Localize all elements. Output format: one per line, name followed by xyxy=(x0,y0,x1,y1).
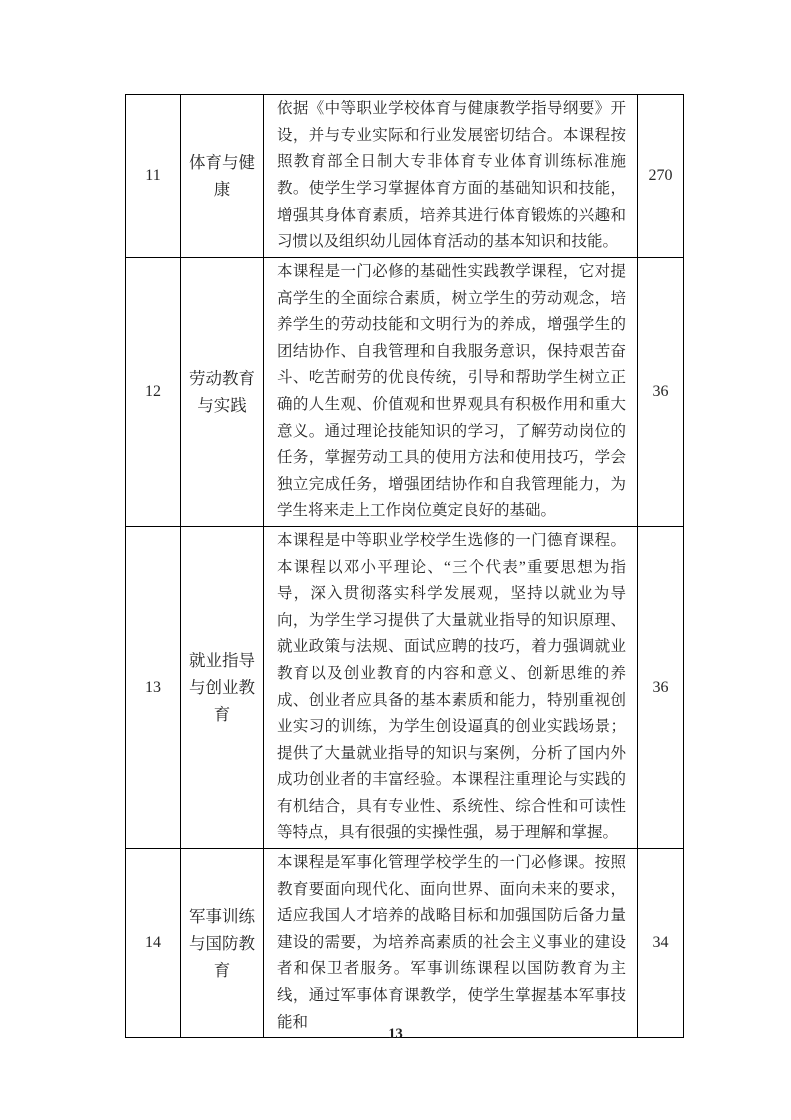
course-description: 依据《中等职业学校体育与健康教学指导纲要》开设，并与专业实际和行业发展密切结合。… xyxy=(264,95,638,258)
table-row: 11 体育与健康 依据《中等职业学校体育与健康教学指导纲要》开设，并与专业实际和… xyxy=(126,95,684,258)
course-table: 11 体育与健康 依据《中等职业学校体育与健康教学指导纲要》开设，并与专业实际和… xyxy=(125,94,684,1038)
table-row: 12 劳动教育与实践 本课程是一门必修的基础性实践教学课程，它对提高学生的全面综… xyxy=(126,258,684,527)
row-index: 13 xyxy=(126,526,181,848)
row-index: 12 xyxy=(126,258,181,527)
page-number: 13 xyxy=(0,1026,791,1043)
course-hours: 36 xyxy=(638,258,684,527)
document-page: 11 体育与健康 依据《中等职业学校体育与健康教学指导纲要》开设，并与专业实际和… xyxy=(0,0,791,1120)
row-index: 14 xyxy=(126,849,181,1038)
course-description: 本课程是一门必修的基础性实践教学课程，它对提高学生的全面综合素质，树立学生的劳动… xyxy=(264,258,638,527)
table-row: 14 军事训练与国防教育 本课程是军事化管理学校学生的一门必修课。按照教育要面向… xyxy=(126,849,684,1038)
course-description: 本课程是中等职业学校学生选修的一门德育课程。本课程以邓小平理论、“三个代表”重要… xyxy=(264,526,638,848)
course-hours: 36 xyxy=(638,526,684,848)
course-name: 体育与健康 xyxy=(181,95,264,258)
course-name: 劳动教育与实践 xyxy=(181,258,264,527)
table-row: 13 就业指导与创业教育 本课程是中等职业学校学生选修的一门德育课程。本课程以邓… xyxy=(126,526,684,848)
course-description: 本课程是军事化管理学校学生的一门必修课。按照教育要面向现代化、面向世界、面向未来… xyxy=(264,849,638,1038)
course-name: 就业指导与创业教育 xyxy=(181,526,264,848)
course-hours: 270 xyxy=(638,95,684,258)
course-name: 军事训练与国防教育 xyxy=(181,849,264,1038)
course-hours: 34 xyxy=(638,849,684,1038)
row-index: 11 xyxy=(126,95,181,258)
